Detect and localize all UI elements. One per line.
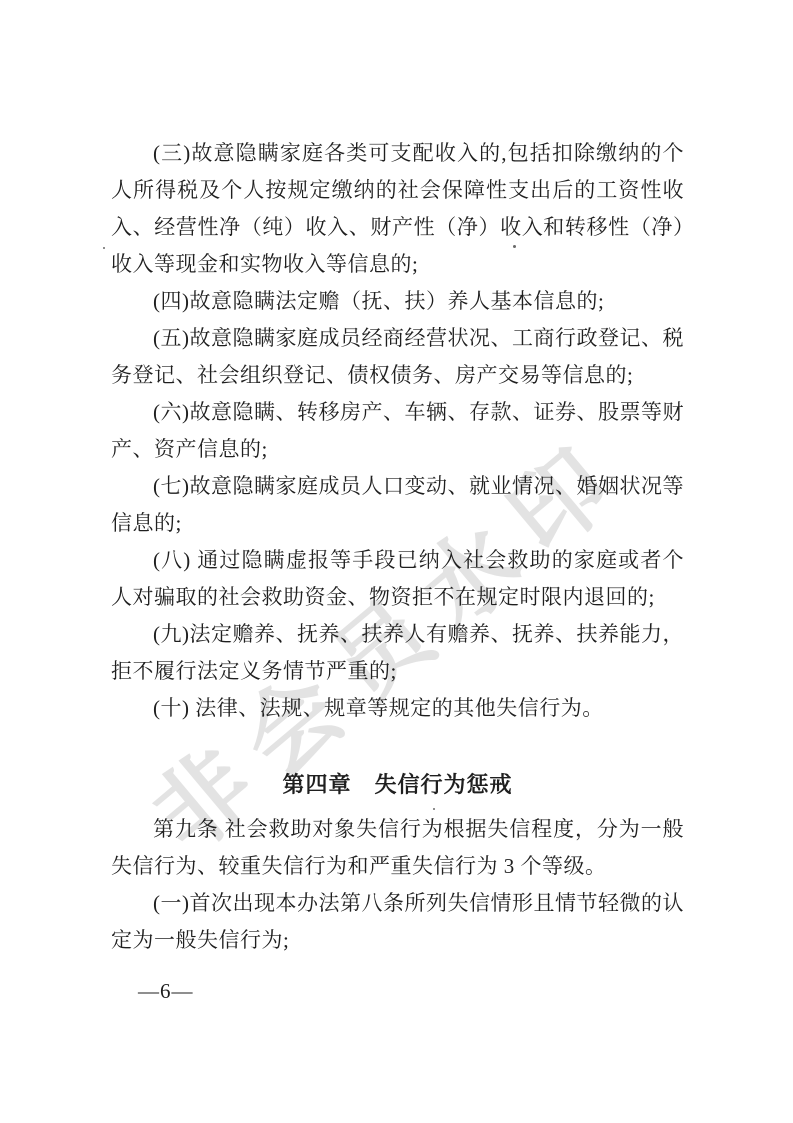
clause-10-paragraph: (十) 法律、法规、规章等规定的其他失信行为。 (111, 690, 684, 727)
chapter-4-heading: 第四章 失信行为惩戒 (111, 766, 684, 803)
clause-7-paragraph: (七)故意隐瞒家庭成员人口变动、就业情况、婚姻状况等信息的; (111, 468, 684, 542)
article-9-paragraph: 第九条 社会救助对象失信行为根据失信程度，分为一般失信行为、较重失信行为和严重失… (111, 811, 684, 885)
scan-artifact-dot (433, 808, 435, 810)
page-number: —6— (138, 979, 194, 1004)
clause-5-paragraph: (五)故意隐瞒家庭成员经商经营状况、工商行政登记、税务登记、社会组织登记、债权债… (111, 320, 684, 394)
clause-6-paragraph: (六)故意隐瞒、转移房产、车辆、存款、证券、股票等财产、资产信息的; (111, 394, 684, 468)
clause-4-paragraph: (四)故意隐瞒法定赡（抚、扶）养人基本信息的; (111, 283, 684, 320)
article-9-clause-1-paragraph: (一)首次出现本办法第八条所列失信情形且情节轻微的认定为一般失信行为; (111, 885, 684, 959)
clause-9-paragraph: (九)法定赡养、抚养、扶养人有赡养、抚养、扶养能力，拒不履行法定义务情节严重的; (111, 616, 684, 690)
document-body-text: (三)故意隐瞒家庭各类可支配收入的,包括扣除缴纳的个人所得税及个人按规定缴纳的社… (111, 135, 684, 959)
scan-artifact-dot (513, 245, 516, 248)
clause-3-paragraph: (三)故意隐瞒家庭各类可支配收入的,包括扣除缴纳的个人所得税及个人按规定缴纳的社… (111, 135, 684, 283)
document-page: 非会员水印 (三)故意隐瞒家庭各类可支配收入的,包括扣除缴纳的个人所得税及个人按… (0, 0, 793, 1123)
clause-8-paragraph: (八) 通过隐瞒虚报等手段已纳入社会救助的家庭或者个人对骗取的社会救助资金、物资… (111, 542, 684, 616)
scan-artifact-dot (103, 247, 105, 249)
